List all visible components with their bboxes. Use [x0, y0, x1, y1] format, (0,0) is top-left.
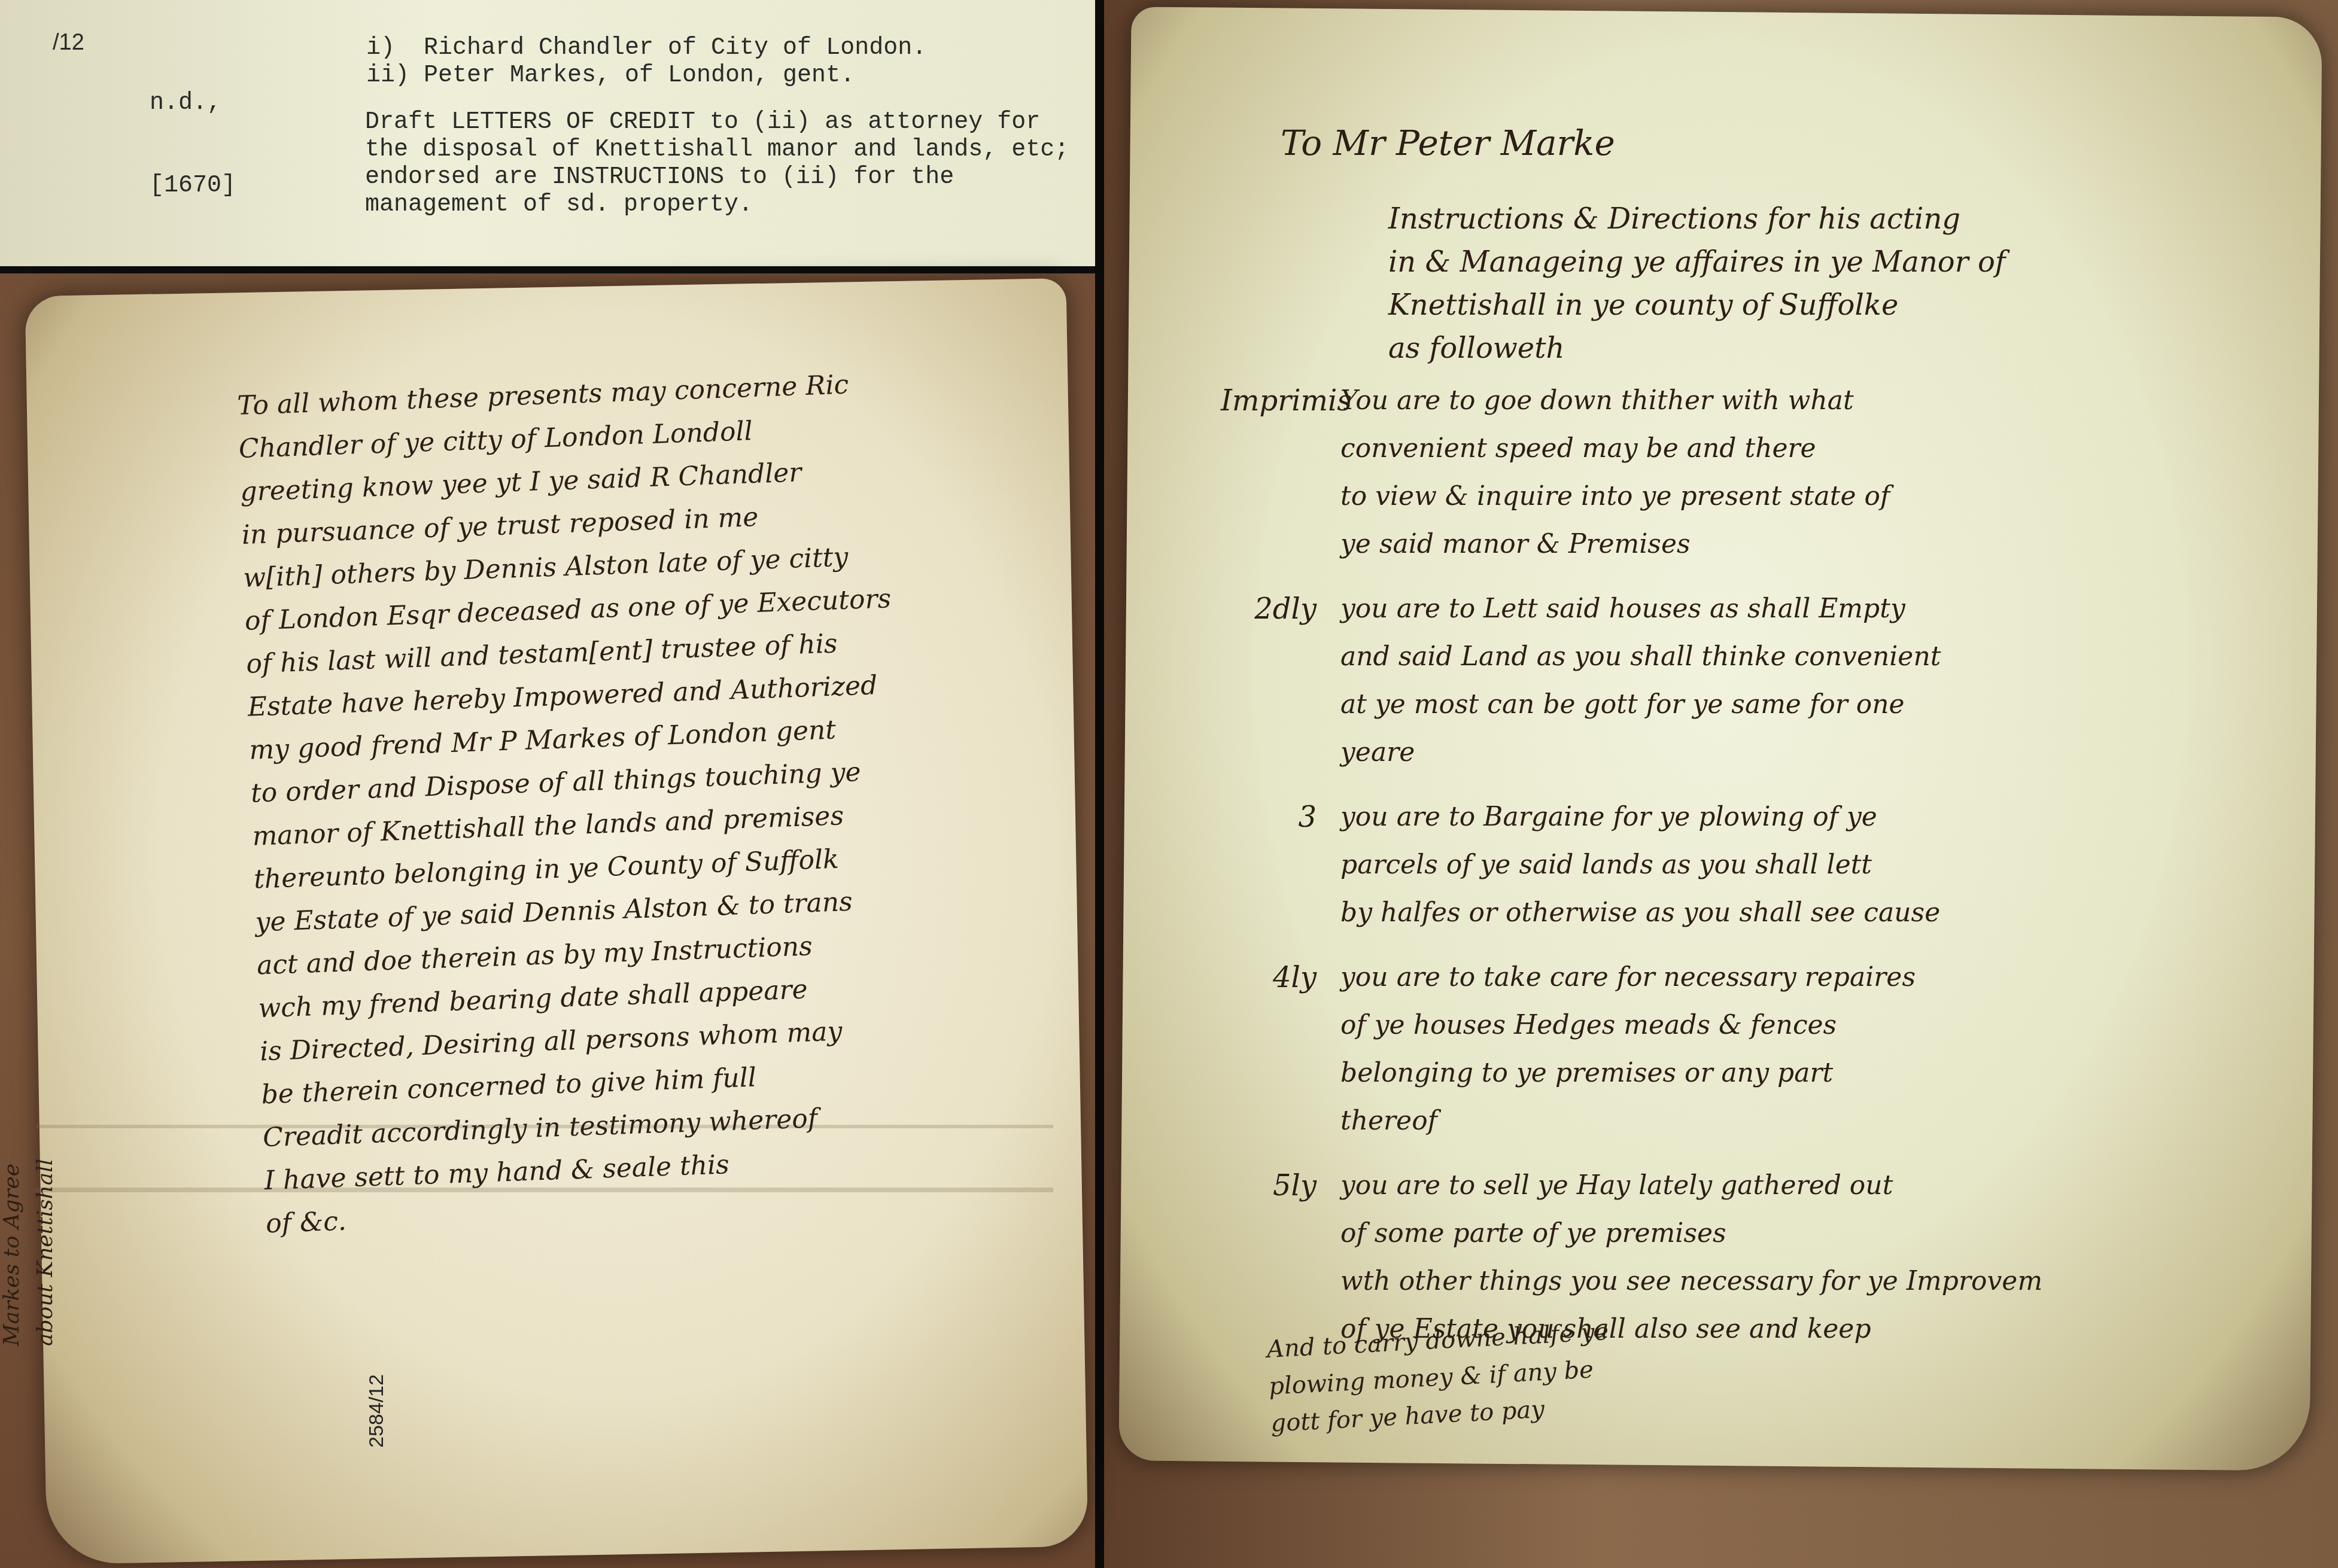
item-line: thereof — [1340, 1097, 2310, 1145]
endorsement-text: R Chandler's Instructions for Mr Markes … — [0, 987, 62, 1346]
item-line: by halfes or otherwise as you shall see … — [1340, 889, 2310, 937]
item-line: parcels of ye said lands as you shall le… — [1340, 841, 2310, 889]
item-line: to view & inquire into ye present state … — [1340, 473, 2310, 520]
item-line: ye said manor & Premises — [1340, 520, 2310, 568]
archive-reference: 2584/12 — [365, 1374, 388, 1448]
item-line: belonging to ye premises or any part — [1340, 1049, 2310, 1097]
catalog-description: Draft LETTERS OF CREDIT to (ii) as attor… — [365, 109, 1071, 219]
instruction-item: 3 you are to Bargaine for ye plowing of … — [1221, 793, 2310, 937]
heading-line: Knettishall in ye county of Suffolke — [1388, 284, 2286, 327]
item-line: and said Land as you shall thinke conven… — [1340, 633, 2310, 681]
instruction-item: 2dly you are to Lett said houses as shal… — [1221, 585, 2310, 777]
salutation: To Mr Peter Marke — [1281, 123, 1615, 163]
footnote-text: And to carry downe halfe ye plowing mone… — [1266, 1313, 1614, 1442]
catalog-date-line2: [1670] — [150, 172, 236, 200]
catalog-date: n.d., [1670] — [150, 35, 236, 255]
heading-line: in & Manageing ye affaires in ye Manor o… — [1388, 240, 2286, 284]
item-number: 5ly — [1221, 1162, 1317, 1353]
item-line: yeare — [1340, 729, 2310, 777]
catalog-ref: /12 — [53, 29, 84, 56]
catalog-card: /12 n.d., [1670] i) Richard Chandler of … — [0, 0, 1095, 273]
endorsement-line: about Knettishall — [29, 987, 62, 1346]
heading-line: Instructions & Directions for his acting — [1388, 197, 2286, 240]
item-number: 3 — [1221, 793, 1317, 937]
instruction-item: 4ly you are to take care for necessary r… — [1221, 954, 2310, 1145]
item-number: 4ly — [1221, 954, 1317, 1145]
item-line: convenient speed may be and there — [1340, 425, 2310, 473]
instruction-list: Imprimis You are to goe down thither wit… — [1221, 377, 2310, 1370]
item-number: 2dly — [1221, 585, 1317, 777]
party-2: ii) Peter Markes, of London, gent. — [366, 62, 926, 90]
catalog-date-line1: n.d., — [150, 90, 236, 117]
catalog-parties: i) Richard Chandler of City of London. i… — [366, 35, 926, 90]
heading-line: as followeth — [1388, 327, 2286, 370]
item-line: wth other things you see necessary for y… — [1340, 1258, 2310, 1305]
item-line: you are to take care for necessary repai… — [1340, 954, 2310, 1001]
instructions-heading: Instructions & Directions for his acting… — [1388, 197, 2286, 370]
item-line: at ye most can be gott for ye same for o… — [1340, 681, 2310, 729]
item-line: you are to Bargaine for ye plowing of ye — [1340, 793, 2310, 841]
instruction-item: Imprimis You are to goe down thither wit… — [1221, 377, 2310, 568]
item-line: you are to sell ye Hay lately gathered o… — [1340, 1162, 2310, 1210]
letter-of-credit-text: To all whom these presents may concerne … — [236, 358, 1044, 1246]
panel-divider — [1095, 0, 1104, 1568]
item-number: Imprimis — [1221, 377, 1317, 568]
endorsement-line: Markes to Agree — [0, 987, 29, 1346]
party-1: i) Richard Chandler of City of London. — [366, 35, 926, 62]
item-line: of some parte of ye premises — [1340, 1210, 2310, 1258]
item-line: You are to goe down thither with what — [1340, 377, 2310, 425]
item-line: of ye houses Hedges meads & fences — [1340, 1001, 2310, 1049]
item-line: you are to Lett said houses as shall Emp… — [1340, 585, 2310, 633]
